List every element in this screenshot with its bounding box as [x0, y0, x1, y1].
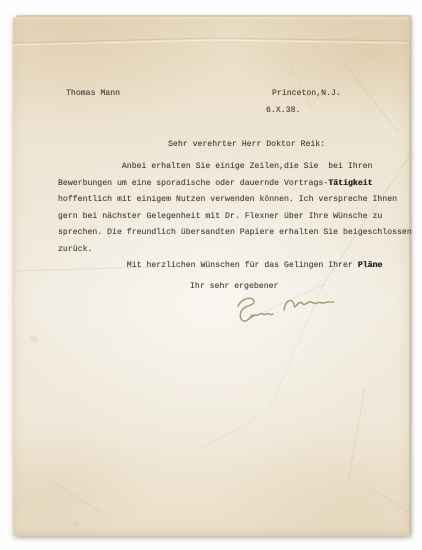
letter-line: zurück.: [58, 242, 414, 259]
sender-name: Thomas Mann: [66, 89, 120, 98]
letter-body: Anbei erhalten Sie einige Zeilen,die Sie…: [58, 159, 414, 275]
thomas-mann-signature: [216, 293, 338, 339]
letter-line: Anbei erhalten Sie einige Zeilen,die Sie…: [58, 159, 414, 176]
smudge-mark: [31, 337, 37, 340]
date-line: 6.X.38.: [266, 106, 300, 115]
letter-line: Mit herzlichen Wünschen für das Gelingen…: [58, 258, 414, 275]
letter-line: hoffentlich mit einigem Nutzen verwenden…: [58, 192, 414, 209]
letter-line: sprechen. Die freundlich übersandten Pap…: [58, 225, 414, 242]
smudge-mark: [73, 522, 81, 525]
salutation: Sehr verehrter Herr Doktor Reik:: [168, 140, 325, 149]
closing-line: Ihr sehr ergebener: [190, 282, 278, 291]
letter-line: gern bei nächster Gelegenheit mit Dr. Fl…: [58, 209, 414, 226]
letter-scan: Thomas Mann Princeton,N.J. 6.X.38. Sehr …: [0, 0, 422, 550]
letter-line: Bewerbungen um eine sporadische oder dau…: [58, 176, 414, 193]
place-line: Princeton,N.J.: [272, 89, 341, 98]
